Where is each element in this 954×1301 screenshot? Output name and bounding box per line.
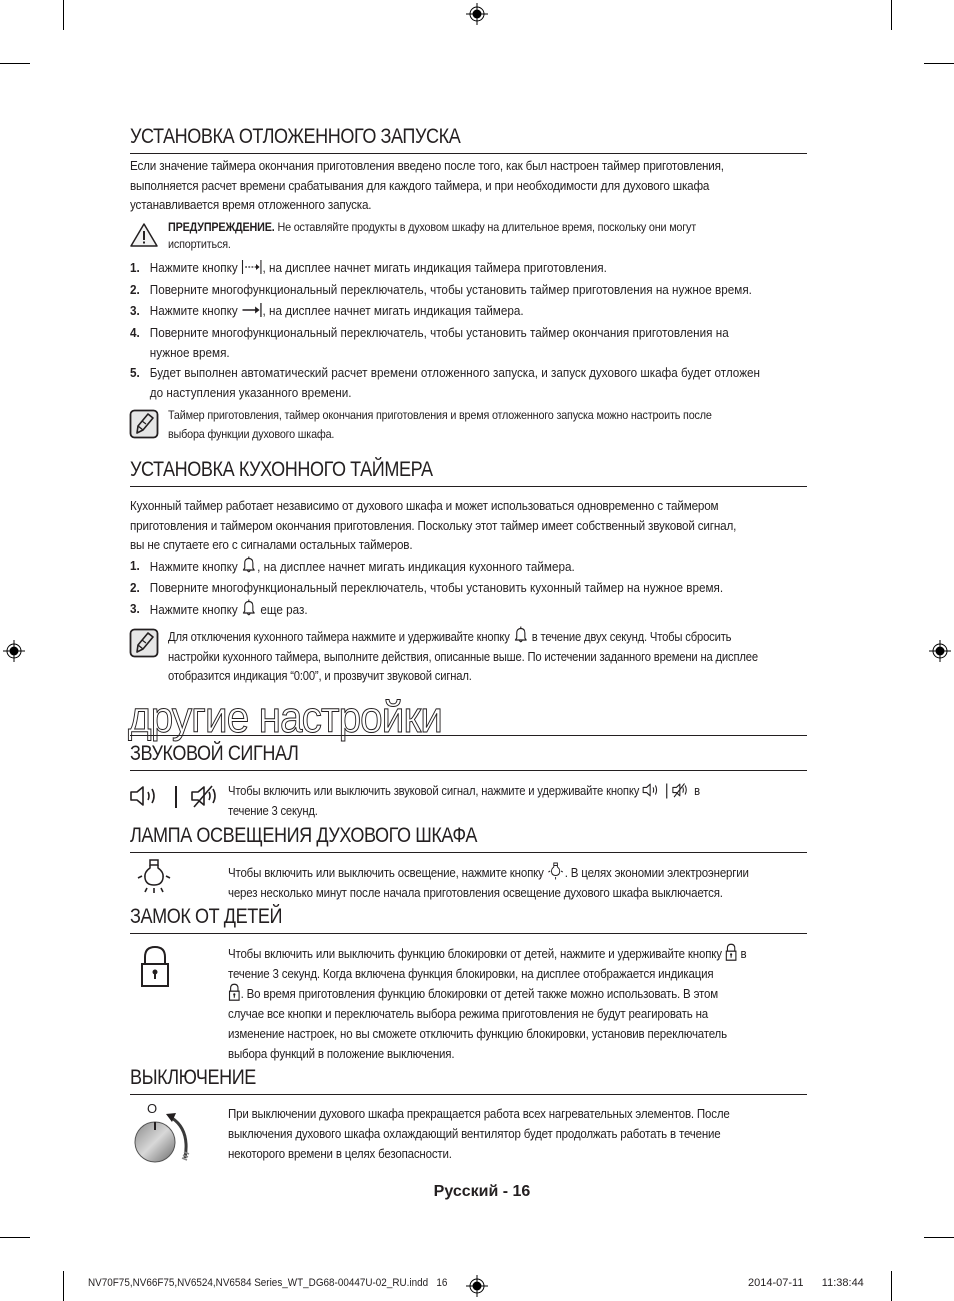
step-number: 4.: [130, 323, 140, 343]
step-text: Поверните многофункциональный переключат…: [150, 280, 752, 300]
section-rule: [130, 153, 807, 154]
crop-mark: [924, 1237, 954, 1238]
child-lock-line: в: [737, 946, 746, 961]
shutdown-text: При выключении духового шкафа прекращает…: [228, 1104, 809, 1164]
intro-line: выполняется расчет времени срабатывания …: [130, 176, 814, 196]
child-lock-text: Чтобы включить или выключить функцию бло…: [228, 943, 809, 1063]
slug-date: 2014-07-11: [748, 1277, 803, 1289]
step-number: 2.: [130, 578, 140, 598]
note-line: Для отключения кухонного таймера нажмите…: [168, 630, 510, 644]
crop-mark: [0, 1237, 30, 1238]
warning-label: ПРЕДУПРЕЖДЕНИЕ.: [168, 220, 275, 234]
section-title-lamp: ЛАМПА ОСВЕЩЕНИЯ ДУХОВОГО ШКАФА: [130, 824, 712, 848]
section-rule: [130, 770, 807, 771]
step-text: Будет выполнен автоматический расчет вре…: [150, 363, 760, 383]
lamp-line: через несколько минут после начала приго…: [228, 883, 809, 903]
registration-mark-icon: [466, 3, 488, 25]
note-pencil-icon: [129, 628, 159, 658]
sound-off-icon: [671, 782, 691, 798]
child-lock-line: изменение настроек, но вы сможете отключ…: [228, 1024, 809, 1044]
sound-on-icon: [642, 782, 662, 798]
end-time-icon: [241, 302, 263, 318]
step-text: до наступления указанного времени.: [150, 383, 760, 403]
crop-mark: [924, 63, 954, 64]
slug-time: 11:38:44: [822, 1277, 864, 1289]
print-slug-date: 2014-07-11 11:38:44: [748, 1277, 864, 1289]
warning-line: испортиться.: [168, 236, 780, 253]
intro-line: Кухонный таймер работает независимо от д…: [130, 496, 814, 516]
oven-lamp-icon: [134, 858, 174, 894]
sound-off-icon: [190, 784, 224, 808]
crop-mark: [0, 63, 30, 64]
sound-line: Чтобы включить или выключить звуковой си…: [228, 784, 639, 798]
shutdown-line: При выключении духового шкафа прекращает…: [228, 1104, 809, 1124]
step-number: 3.: [130, 599, 140, 619]
section-title-shutdown: ВЫКЛЮЧЕНИЕ: [130, 1066, 712, 1090]
note-line: выбора функции духового шкафа.: [168, 425, 780, 444]
step-number: 5.: [130, 363, 140, 383]
note-pencil-icon: [129, 409, 159, 439]
section-title-delayed-start: УСТАНОВКА ОТЛОЖЕННОГО ЗАПУСКА: [130, 125, 712, 149]
crop-mark: [891, 1271, 892, 1301]
intro-line: приготовления и таймером окончания приго…: [130, 516, 814, 536]
step-text: еще раз.: [257, 602, 308, 617]
bell-icon: [513, 626, 529, 644]
section-rule: [130, 1094, 807, 1095]
child-lock-line: . Во время приготовления функцию блокиро…: [241, 986, 718, 1001]
lamp-line: Чтобы включить или выключить освещение, …: [228, 865, 544, 880]
step-number: 1.: [130, 556, 140, 576]
padlock-icon: [725, 943, 738, 961]
oven-lamp-icon: [547, 862, 565, 880]
child-lock-line: выбора функций в положение выключения.: [228, 1044, 809, 1064]
step-text: , на дисплее начнет мигать индикация тай…: [263, 260, 607, 275]
child-lock-line: Чтобы включить или выключить функцию бло…: [228, 946, 722, 961]
child-lock-line: случае все кнопки и переключатель выбора…: [228, 1004, 809, 1024]
step-text: Поверните многофункциональный переключат…: [150, 323, 729, 343]
control-knob-icon: O: [130, 1100, 200, 1168]
lamp-text: Чтобы включить или выключить освещение, …: [228, 862, 809, 903]
step-number: 2.: [130, 280, 140, 300]
padlock-icon: [140, 944, 170, 988]
kitchen-timer-note: Для отключения кухонного таймера нажмите…: [168, 626, 798, 687]
delayed-start-note: Таймер приготовления, таймер окончания п…: [168, 406, 780, 444]
sound-text: Чтобы включить или выключить звуковой си…: [228, 781, 786, 821]
kitchen-timer-intro: Кухонный таймер работает независимо от д…: [130, 496, 814, 555]
slug-page: 16: [436, 1277, 447, 1289]
sound-line: в: [691, 784, 700, 798]
intro-line: вы не спутаете его с сигналами остальных…: [130, 535, 814, 555]
sound-line: течение 3 секунд.: [228, 802, 786, 822]
step-text: Нажмите кнопку: [150, 260, 238, 275]
registration-mark-icon: [3, 640, 25, 662]
section-rule: [130, 933, 807, 934]
slug-filename: NV70F75,NV66F75,NV6524,NV6584 Series_WT_…: [88, 1277, 428, 1289]
bell-icon: [241, 599, 257, 617]
step-number: 1.: [130, 258, 140, 278]
cooking-time-icon: [241, 259, 263, 275]
intro-line: Если значение таймера окончания приготов…: [130, 156, 814, 176]
step-text: нужное время.: [150, 343, 729, 363]
step-text: Нажмите кнопку: [150, 559, 238, 574]
section-rule: [130, 486, 807, 487]
step-text: Нажмите кнопку: [150, 602, 238, 617]
child-lock-line: течение 3 секунд. Когда включена функция…: [228, 964, 809, 984]
note-line: Таймер приготовления, таймер окончания п…: [168, 406, 780, 425]
crop-mark: [891, 0, 892, 30]
section-title-child-lock: ЗАМОК ОТ ДЕТЕЙ: [130, 905, 712, 929]
step-number: 3.: [130, 301, 140, 321]
note-line: отобразится индикация “0:00”, и прозвучи…: [168, 667, 798, 687]
icon-separator: |: [665, 782, 669, 799]
crop-mark: [63, 0, 64, 30]
section-title-kitchen-timer: УСТАНОВКА КУХОННОГО ТАЙМЕРА: [130, 458, 712, 482]
print-slug-filename: NV70F75,NV66F75,NV6524,NV6584 Series_WT_…: [88, 1277, 447, 1289]
note-line: в течение двух секунд. Чтобы сбросить: [529, 630, 732, 644]
svg-text:O: O: [147, 1101, 157, 1116]
section-title-sound: ЗВУКОВОЙ СИГНАЛ: [130, 742, 712, 766]
intro-line: устанавливается время отложенного запуск…: [130, 195, 814, 215]
step-text: , на дисплее начнет мигать индикация кух…: [257, 559, 575, 574]
lamp-line: . В целях экономии электроэнергии: [565, 865, 749, 880]
warning-line: Не оставляйте продукты в духовом шкафу н…: [277, 220, 696, 234]
shutdown-line: некоторого времени в целях безопасности.: [228, 1144, 809, 1164]
shutdown-line: выключения духового шкафа охлаждающий ве…: [228, 1124, 809, 1144]
chapter-rule: [130, 735, 807, 736]
registration-mark-icon: [466, 1275, 488, 1297]
icon-separator: [175, 786, 177, 808]
padlock-icon: [228, 983, 241, 1001]
warning-text: ПРЕДУПРЕЖДЕНИЕ. Не оставляйте продукты в…: [168, 219, 780, 253]
delayed-start-intro: Если значение таймера окончания приготов…: [130, 156, 814, 215]
warning-triangle-icon: [129, 222, 159, 248]
page-number: Русский - 16: [0, 1183, 954, 1201]
step-text: Нажмите кнопку: [150, 303, 238, 318]
registration-mark-icon: [929, 640, 951, 662]
step-text: Поверните многофункциональный переключат…: [150, 578, 723, 598]
bell-icon: [241, 556, 257, 574]
note-line: настройки кухонного таймера, выполните д…: [168, 648, 798, 668]
sound-on-icon: [129, 784, 163, 808]
crop-mark: [63, 1271, 64, 1301]
step-text: , на дисплее начнет мигать индикация тай…: [263, 303, 524, 318]
section-rule: [130, 852, 807, 853]
